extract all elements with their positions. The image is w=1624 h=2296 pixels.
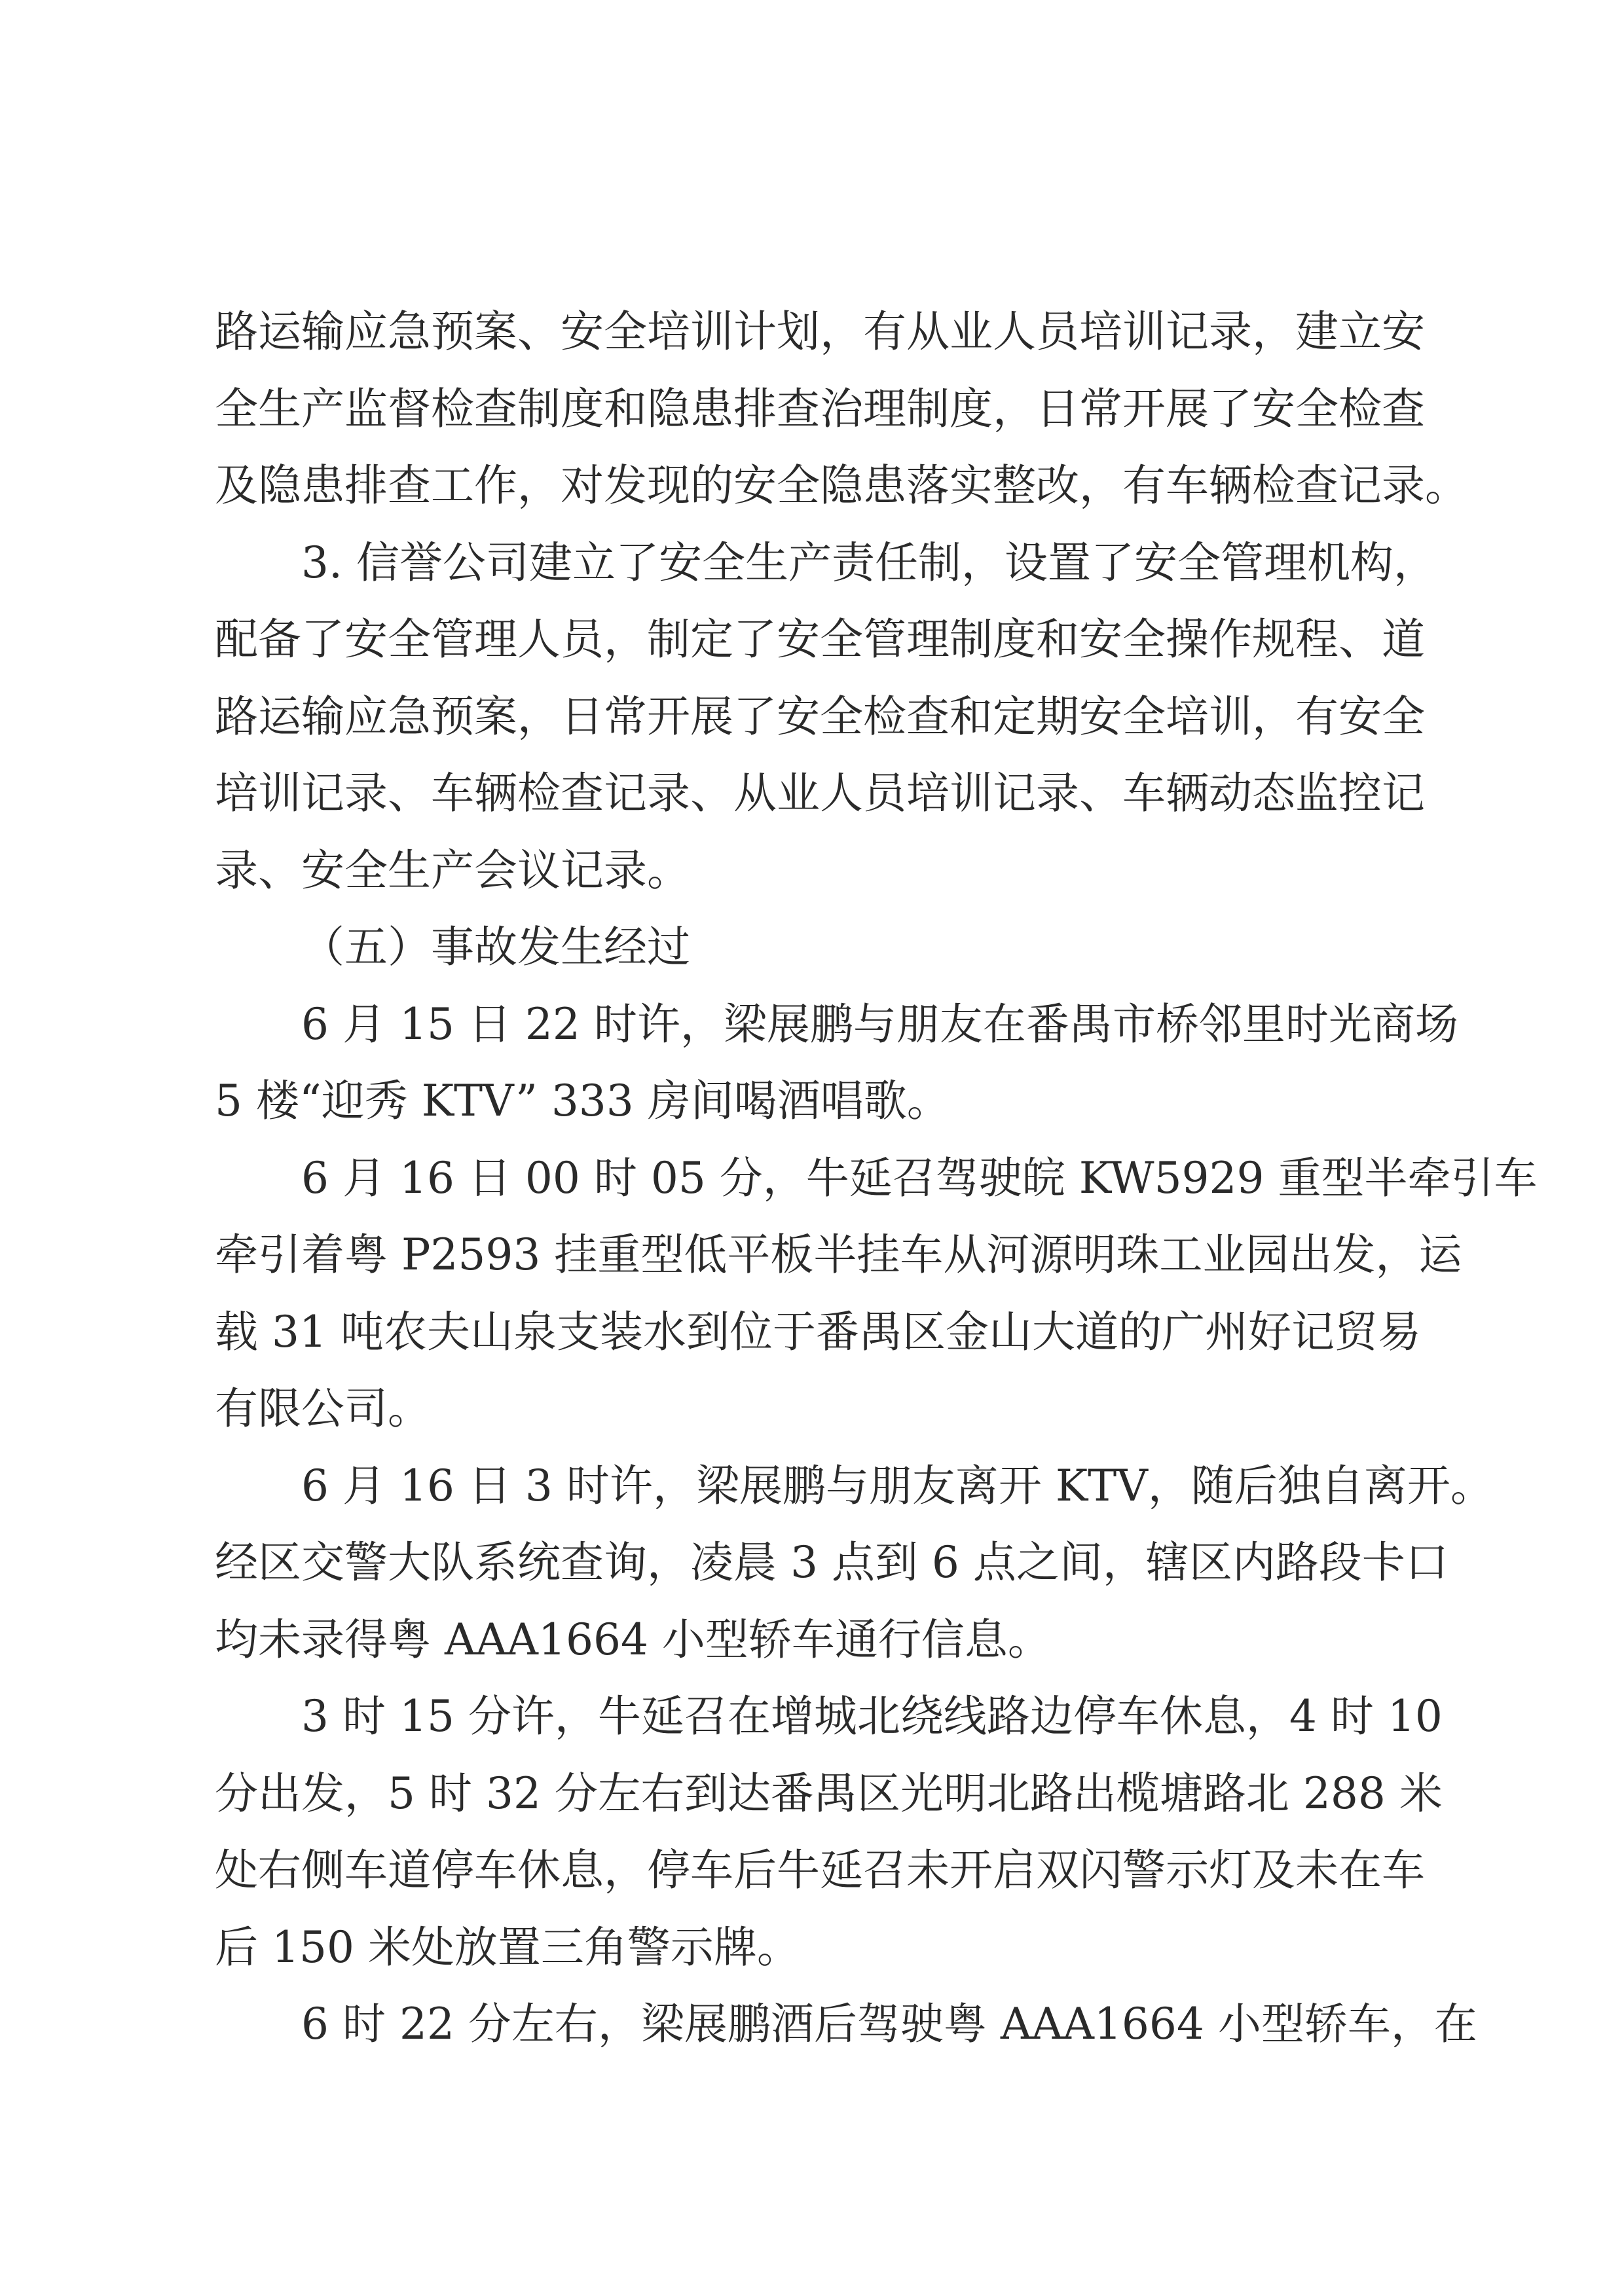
section-heading: （五）事故发生经过 bbox=[215, 909, 1413, 986]
paragraph-safety-system: 路运输应急预案、安全培训计划，有从业人员培训记录，建立安 全生产监督检查制度和隐… bbox=[215, 293, 1413, 524]
text-line: 载 31 吨农夫山泉支装水到位于番禺区金山大道的广州好记贸易 bbox=[215, 1294, 1413, 1371]
document-page: 路运输应急预案、安全培训计划，有从业人员培训记录，建立安 全生产监督检查制度和隐… bbox=[215, 293, 1413, 2063]
text-line: 6 月 16 日 00 时 05 分，牛延召驾驶皖 KW5929 重型半牵引车 bbox=[215, 1140, 1413, 1217]
paragraph-truck-rest: 3 时 15 分许，牛延召在增城北绕线路边停车休息，4 时 10 分出发，5 时… bbox=[215, 1678, 1413, 1986]
text-line: 处右侧车道停车休息，停车后牛延召未开启双闪警示灯及未在车 bbox=[215, 1832, 1413, 1909]
text-line: 经区交警大队系统查询，凌晨 3 点到 6 点之间，辖区内路段卡口 bbox=[215, 1524, 1413, 1601]
text-line: 有限公司。 bbox=[215, 1370, 1413, 1448]
text-line: 6 月 15 日 22 时许，梁展鹏与朋友在番禺市桥邻里时光商场 bbox=[215, 986, 1413, 1063]
paragraph-xinyu-company: 3. 信誉公司建立了安全生产责任制，设置了安全管理机构， 配备了安全管理人员，制… bbox=[215, 524, 1413, 909]
text-line: 6 时 22 分左右，梁展鹏酒后驾驶粤 AAA1664 小型轿车，在 bbox=[215, 1986, 1413, 2063]
heading-text: （五）事故发生经过 bbox=[215, 909, 1413, 986]
text-line: 录、安全生产会议记录。 bbox=[215, 832, 1413, 909]
paragraph-truck-departure: 6 月 16 日 00 时 05 分，牛延召驾驶皖 KW5929 重型半牵引车 … bbox=[215, 1140, 1413, 1448]
text-line: 后 150 米处放置三角警示牌。 bbox=[215, 1909, 1413, 1986]
text-line: 培训记录、车辆检查记录、从业人员培训记录、车辆动态监控记 bbox=[215, 755, 1413, 832]
text-line: 5 楼“迎秀 KTV” 333 房间喝酒唱歌。 bbox=[215, 1063, 1413, 1140]
text-line: 路运输应急预案，日常开展了安全检查和定期安全培训，有安全 bbox=[215, 678, 1413, 756]
text-line: 3. 信誉公司建立了安全生产责任制，设置了安全管理机构， bbox=[215, 524, 1413, 602]
text-line: 及隐患排查工作，对发现的安全隐患落实整改，有车辆检查记录。 bbox=[215, 447, 1413, 524]
paragraph-leave-ktv: 6 月 16 日 3 时许，梁展鹏与朋友离开 KTV，随后独自离开。 经区交警大… bbox=[215, 1448, 1413, 1679]
text-line: 分出发，5 时 32 分左右到达番禺区光明北路出榄塘路北 288 米 bbox=[215, 1755, 1413, 1832]
text-line: 均未录得粤 AAA1664 小型轿车通行信息。 bbox=[215, 1601, 1413, 1679]
text-line: 牵引着粤 P2593 挂重型低平板半挂车从河源明珠工业园出发，运 bbox=[215, 1216, 1413, 1294]
text-line: 3 时 15 分许，牛延召在增城北绕线路边停车休息，4 时 10 bbox=[215, 1678, 1413, 1755]
paragraph-drunk-driving: 6 时 22 分左右，梁展鹏酒后驾驶粤 AAA1664 小型轿车，在 bbox=[215, 1986, 1413, 2063]
paragraph-june15-ktv: 6 月 15 日 22 时许，梁展鹏与朋友在番禺市桥邻里时光商场 5 楼“迎秀 … bbox=[215, 986, 1413, 1140]
text-line: 配备了安全管理人员，制定了安全管理制度和安全操作规程、道 bbox=[215, 601, 1413, 678]
text-line: 6 月 16 日 3 时许，梁展鹏与朋友离开 KTV，随后独自离开。 bbox=[215, 1448, 1413, 1525]
text-line: 路运输应急预案、安全培训计划，有从业人员培训记录，建立安 bbox=[215, 293, 1413, 371]
text-line: 全生产监督检查制度和隐患排查治理制度，日常开展了安全检查 bbox=[215, 371, 1413, 448]
